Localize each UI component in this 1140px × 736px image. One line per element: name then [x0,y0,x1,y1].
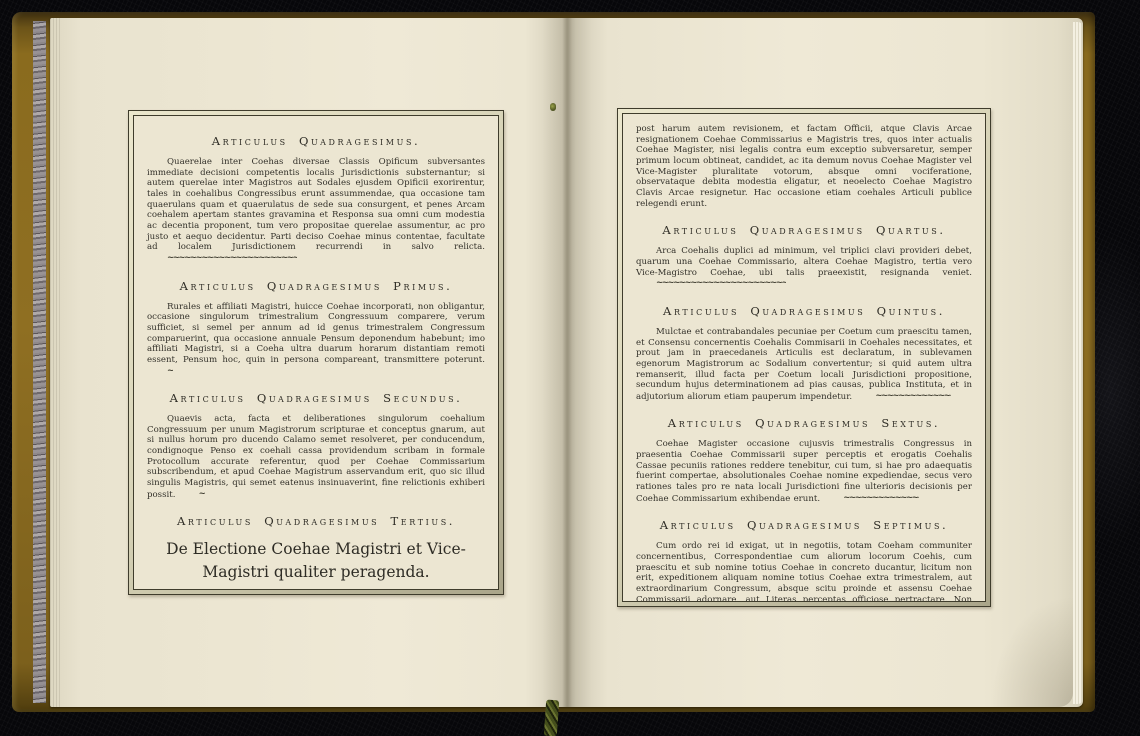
article-45-body: Mulctae et contrabandales pecuniae per C… [636,327,972,403]
squiggle-flourish [179,489,205,500]
article-43-heading: Articulus Quadragesimus Tertius. [147,514,485,528]
marbled-page-edge [33,21,46,703]
article-40-heading: Articulus Quadragesimus. [147,134,485,148]
binding-stitch [550,103,556,111]
article-44-body: Arca Coehalis duplici ad minimum, vel tr… [636,246,972,290]
article-42-body-text: Quaevis acta, facta et deliberationes si… [147,414,485,500]
article-46-heading: Articulus Quadragesimus Sextus. [636,416,972,430]
article-42-heading: Articulus Quadragesimus Secundus. [147,391,485,405]
page-stack-right-edge [1073,22,1082,704]
squiggle-flourish [147,366,173,377]
article-41-body-text: Rurales et affiliati Magistri, huicce Co… [147,302,485,365]
article-46-body: Coehae Magister occasione cujusvis trime… [636,439,972,504]
page-corner-curl [983,587,1073,707]
left-page-text-block: Articulus Quadragesimus. Quaerelae inter… [133,115,499,590]
article-40-body-text: Quaerelae inter Coehas diversae Classis … [147,157,485,252]
article-46-body-text: Coehae Magister occasione cujusvis trime… [636,439,972,503]
photo-background: Articulus Quadragesimus. Quaerelae inter… [0,0,1140,736]
open-book: Articulus Quadragesimus. Quaerelae inter… [12,12,1095,712]
article-40-body: Quaerelae inter Coehas diversae Classis … [147,157,485,265]
article-44-heading: Articulus Quadragesimus Quartus. [636,223,972,237]
article-47-body-text: Cum ordo rei id exigat, ut in negotiis, … [636,541,972,602]
squiggle-flourish [636,278,786,289]
article-43-subtitle: De Electione Coehae Magistri et Vice-Mag… [161,538,471,583]
article-44-body-text: Arca Coehalis duplici ad minimum, vel tr… [636,246,972,277]
article-47-heading: Articulus Quadragesimus Septimus. [636,518,972,532]
gutter-shadow [542,18,592,707]
article-41-body: Rurales et affiliati Magistri, huicce Co… [147,302,485,378]
article-41-heading: Articulus Quadragesimus Primus. [147,279,485,293]
article-45-heading: Articulus Quadragesimus Quintus. [636,304,972,318]
page-stack-lines [50,18,62,707]
squiggle-flourish [147,253,297,264]
right-page-frame: post harum autem revisionem, et factam O… [617,108,991,607]
article-42-body: Quaevis acta, facta et deliberationes si… [147,414,485,500]
right-page-text-block: post harum autem revisionem, et factam O… [622,113,986,602]
squiggle-flourish [855,391,951,402]
article-47-body: Cum ordo rei id exigat, ut in negotiis, … [636,541,972,602]
continuation-paragraph: post harum autem revisionem, et factam O… [636,124,972,209]
left-page-frame: Articulus Quadragesimus. Quaerelae inter… [128,110,504,595]
binding-thread-tail [544,700,559,736]
squiggle-flourish [823,493,919,504]
